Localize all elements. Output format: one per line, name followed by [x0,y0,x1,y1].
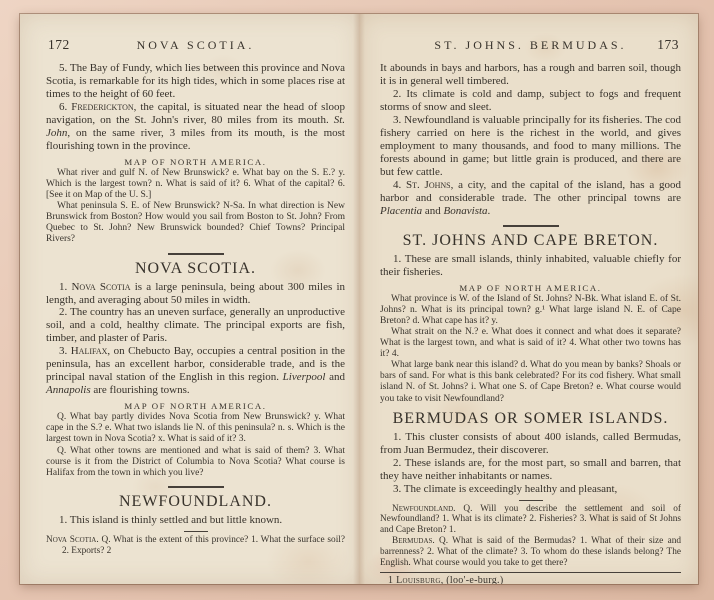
heading-st-johns-cape-breton: ST. JOHNS AND CAPE BRETON. [380,232,681,250]
right-page: ST. JOHNS. BERMUDAS. 173 It abounds in b… [359,14,698,584]
question-block-st-johns-3: What large bank near this island? d. Wha… [380,360,681,404]
left-running-title: NOVA SCOTIA. [137,38,255,52]
paragraph-newfoundland-1: 1. This island is thinly settled and but… [46,514,345,527]
question-block-nova-scotia-1: Q. What bay partly divides Nova Scotia f… [46,412,345,445]
footnote-bermudas: Bermudas. Q. What is said of the Bermuda… [380,536,681,569]
footnote-divider-rule [184,531,208,532]
heading-bermudas: BERMUDAS OR SOMER ISLANDS. [380,410,681,428]
paragraph-newfoundland-climate: 2. Its climate is cold and damp, subject… [380,88,681,114]
footline-rule [380,572,681,573]
right-running-head: ST. JOHNS. BERMUDAS. 173 [380,38,681,53]
left-running-head: 172 NOVA SCOTIA. [46,38,345,53]
paragraph-frederickton: 6. Frederickton, the capital, is situate… [46,101,345,153]
footline-louisburg: 1 Louisburg, (loo'-e-burg.) [380,575,681,584]
question-block-new-brunswick-1: What river and gulf N. of New Brunswick?… [46,168,345,201]
paragraph-newfoundland-fisheries: 3. Newfoundland is valuable principally … [380,114,681,179]
paragraph-st-johns-city: 4. St. Johns, a city, and the capital of… [380,179,681,218]
footnote-nova-scotia: Nova Scotia. Q. What is the extent of th… [46,535,345,557]
map-questions-heading-2: MAP OF NORTH AMERICA. [46,401,345,411]
section-divider-rule [168,253,224,255]
paragraph-bermudas-3: 3. The climate is exceedingly healthy an… [380,483,681,496]
section-divider-rule [503,225,559,227]
right-page-number: 173 [657,37,679,53]
question-block-st-johns-1: What province is W. of the Island of St.… [380,294,681,327]
heading-nova-scotia: NOVA SCOTIA. [46,260,345,278]
right-running-title: ST. JOHNS. BERMUDAS. [434,38,626,52]
paragraph-nova-scotia-3: 3. Halifax, on Chebucto Bay, occupies a … [46,345,345,397]
paragraph-nova-scotia-1: 1. Nova Scotia is a large peninsula, bei… [46,281,345,307]
section-divider-rule [168,486,224,488]
map-questions-heading-1: MAP OF NORTH AMERICA. [46,157,345,167]
paragraph-bay-of-fundy: 5. The Bay of Fundy, which lies between … [46,62,345,101]
paragraph-nova-scotia-2: 2. The country has an uneven surface, ge… [46,306,345,345]
heading-newfoundland: NEWFOUNDLAND. [46,493,345,511]
question-block-st-johns-2: What strait on the N.? e. What does it c… [380,327,681,360]
question-block-nova-scotia-2: Q. What other towns are mentioned and wh… [46,446,345,479]
paragraph-st-johns-islands: 1. These are small islands, thinly inhab… [380,253,681,279]
paragraph-newfoundland-continued: It abounds in bays and harbors, has a ro… [380,62,681,88]
book-spread: 172 NOVA SCOTIA. 5. The Bay of Fundy, wh… [20,14,698,584]
paragraph-bermudas-1: 1. This cluster consists of about 400 is… [380,431,681,457]
map-questions-heading-3: MAP OF NORTH AMERICA. [380,283,681,293]
book-scan-photo: 172 NOVA SCOTIA. 5. The Bay of Fundy, wh… [0,0,714,600]
paragraph-bermudas-2: 2. These islands are, for the most part,… [380,457,681,483]
left-page-number: 172 [48,37,70,53]
footnote-divider-rule [519,500,543,501]
left-page: 172 NOVA SCOTIA. 5. The Bay of Fundy, wh… [20,14,359,584]
footnote-newfoundland: Newfoundland. Q. Will you describe the s… [380,504,681,537]
question-block-new-brunswick-2: What peninsula S. E. of New Brunswick? N… [46,201,345,245]
